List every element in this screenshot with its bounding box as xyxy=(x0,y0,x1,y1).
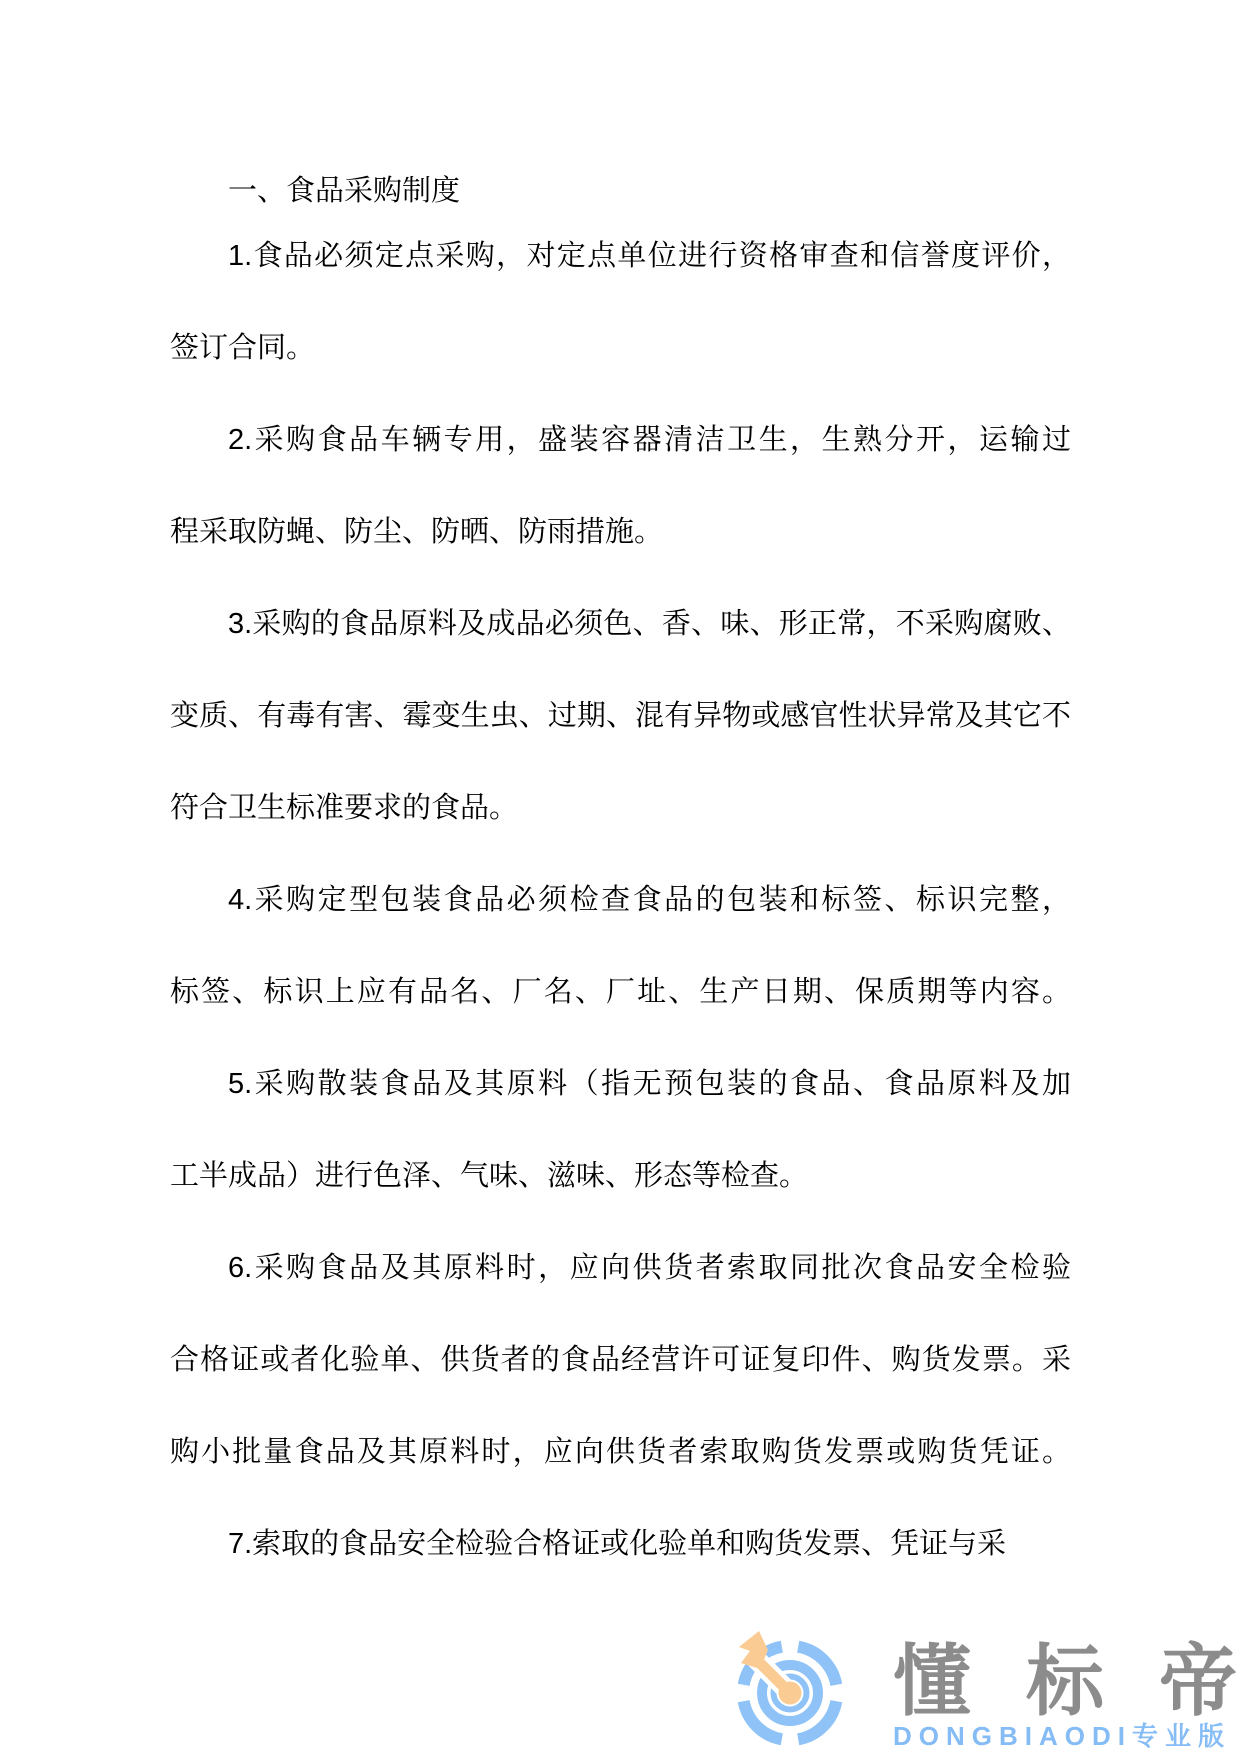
doc-line-7: 符合卫生标准要求的食品。 xyxy=(170,762,1071,854)
dongbiaodi-target-icon xyxy=(731,1628,849,1754)
doc-line-13: 合格证或者化验单、供货者的食品经营许可证复印件、购货发票。采 xyxy=(170,1314,1071,1406)
doc-line-9: 标签、标识上应有品名、厂名、厂址、生产日期、保质期等内容。 xyxy=(170,946,1071,1038)
brand-name-english: DONGBIAODI专业版 xyxy=(893,1723,1241,1749)
brand-latin: DONGBIAODI xyxy=(893,1721,1132,1751)
doc-line-5: 3.采购的食品原料及成品必须色、香、味、形正常，不采购腐败、 xyxy=(170,578,1071,670)
doc-line-10: 5.采购散装食品及其原料（指无预包装的食品、食品原料及加 xyxy=(170,1038,1071,1130)
doc-line-11: 工半成品）进行色泽、气味、滋味、形态等检查。 xyxy=(170,1130,1071,1222)
doc-line-8: 4.采购定型包装食品必须检查食品的包装和标签、标识完整， xyxy=(170,854,1071,946)
doc-line-3: 2.采购食品车辆专用，盛装容器清洁卫生，生熟分开，运输过 xyxy=(170,394,1071,486)
brand-name-chinese: 懂标帝 xyxy=(893,1645,1241,1717)
doc-line-12: 6.采购食品及其原料时，应向供货者索取同批次食品安全检验 xyxy=(170,1222,1071,1314)
watermark-brand: 懂标帝 DONGBIAODI专业版 xyxy=(893,1645,1237,1749)
doc-line-15: 7.索取的食品安全检验合格证或化验单和购货发票、凭证与采 xyxy=(170,1498,1071,1590)
doc-title: 一、食品采购制度 xyxy=(170,172,1071,210)
doc-line-6: 变质、有毒有害、霉变生虫、过期、混有异物或感官性状异常及其它不 xyxy=(170,670,1071,762)
doc-line-1: 1.食品必须定点采购，对定点单位进行资格审查和信誉度评价， xyxy=(170,210,1071,302)
document-body: 一、食品采购制度 1.食品必须定点采购，对定点单位进行资格审查和信誉度评价， 签… xyxy=(170,172,1071,1590)
brand-edition-label: 专业版 xyxy=(1132,1721,1231,1751)
doc-line-14: 购小批量食品及其原料时，应向供货者索取购货发票或购货凭证。 xyxy=(170,1406,1071,1498)
document-page: 一、食品采购制度 1.食品必须定点采购，对定点单位进行资格审查和信誉度评价， 签… xyxy=(0,0,1241,1754)
doc-line-2: 签订合同。 xyxy=(170,302,1071,394)
doc-line-4: 程采取防蝇、防尘、防晒、防雨措施。 xyxy=(170,486,1071,578)
